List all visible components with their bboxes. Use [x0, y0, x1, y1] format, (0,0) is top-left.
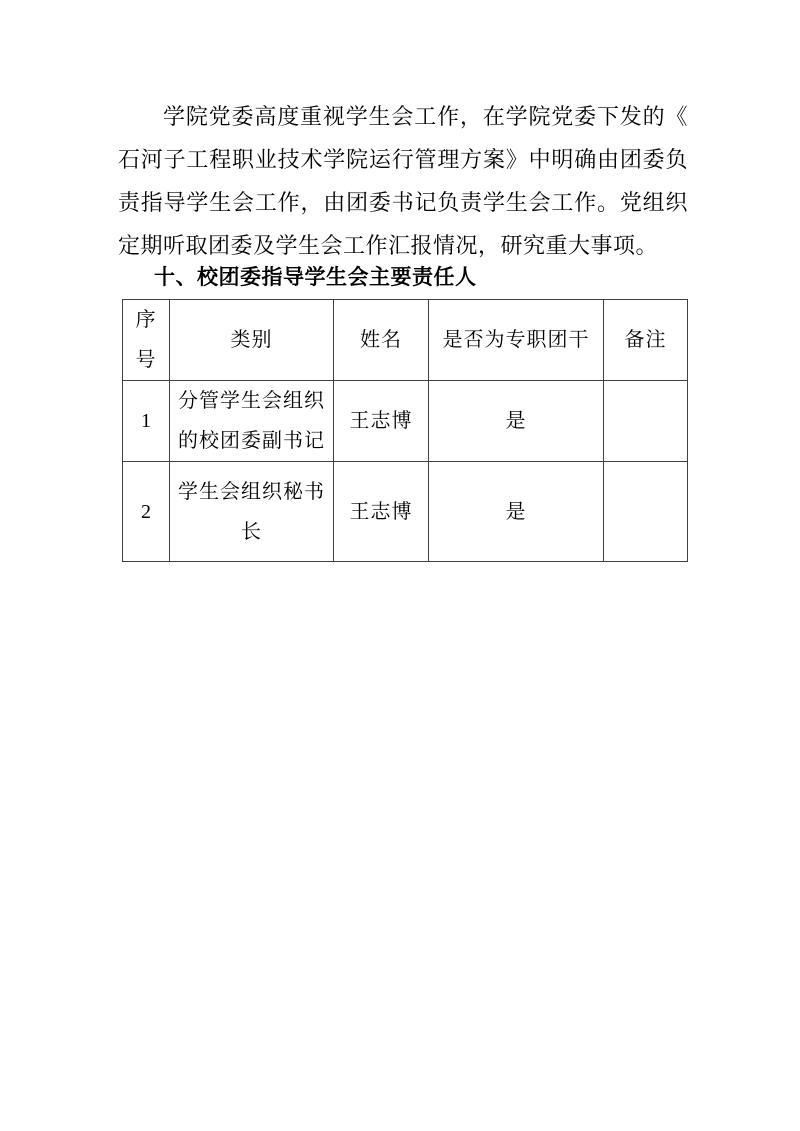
cell-row1-fulltime: 是 [429, 381, 604, 462]
paragraph-line: 责指导学生会工作，由团委书记负责学生会工作。党组织 [118, 181, 688, 224]
header-cell-category: 类别 [170, 300, 334, 381]
cell-row2-name: 王志博 [334, 462, 429, 562]
table-row: 1 分管学生会组织的校团委副书记 王志博 是 [123, 381, 688, 462]
paragraph-line: 学院党委高度重视学生会工作，在学院党委下发的《 [118, 95, 688, 138]
cell-row1-note [604, 381, 688, 462]
cell-row1-category: 分管学生会组织的校团委副书记 [170, 381, 334, 462]
cell-row2-fulltime: 是 [429, 462, 604, 562]
cell-row1-name: 王志博 [334, 381, 429, 462]
body-paragraph: 学院党委高度重视学生会工作，在学院党委下发的《 石河子工程职业技术学院运行管理方… [118, 95, 688, 267]
paragraph-line: 石河子工程职业技术学院运行管理方案》中明确由团委负 [118, 138, 688, 181]
header-cell-name: 姓名 [334, 300, 429, 381]
table-row: 2 学生会组织秘书长 王志博 是 [123, 462, 688, 562]
cell-row1-serial: 1 [123, 381, 170, 462]
cell-row2-category: 学生会组织秘书长 [170, 462, 334, 562]
paragraph-line: 定期听取团委及学生会工作汇报情况，研究重大事项。 [118, 224, 688, 267]
cell-row2-serial: 2 [123, 462, 170, 562]
responsible-person-table: 序号 类别 姓名 是否为专职团干 备注 1 分管学生会组织的校团委副书记 王志博… [122, 299, 688, 562]
table-header-row: 序号 类别 姓名 是否为专职团干 备注 [123, 300, 688, 381]
section-heading: 十、校团委指导学生会主要责任人 [154, 263, 477, 293]
document-page: 学院党委高度重视学生会工作，在学院党委下发的《 石河子工程职业技术学院运行管理方… [0, 0, 800, 1131]
cell-row2-note [604, 462, 688, 562]
header-cell-serial: 序号 [123, 300, 170, 381]
header-cell-note: 备注 [604, 300, 688, 381]
header-cell-fulltime: 是否为专职团干 [429, 300, 604, 381]
